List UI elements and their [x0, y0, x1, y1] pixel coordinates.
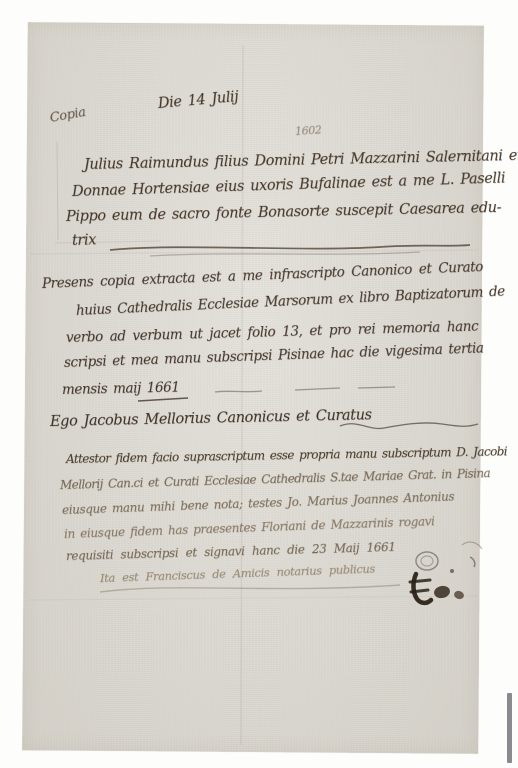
manuscript-photo-page: Copia Die 14 Julij 1602 Julius Raimundus… [0, 0, 518, 768]
scrollbar-thumb[interactable] [507, 693, 512, 763]
baptism-entry-line: trix [72, 232, 97, 249]
year: 1602 [295, 123, 322, 138]
copy-attestation-line: mensis maij 1661 [62, 380, 180, 398]
